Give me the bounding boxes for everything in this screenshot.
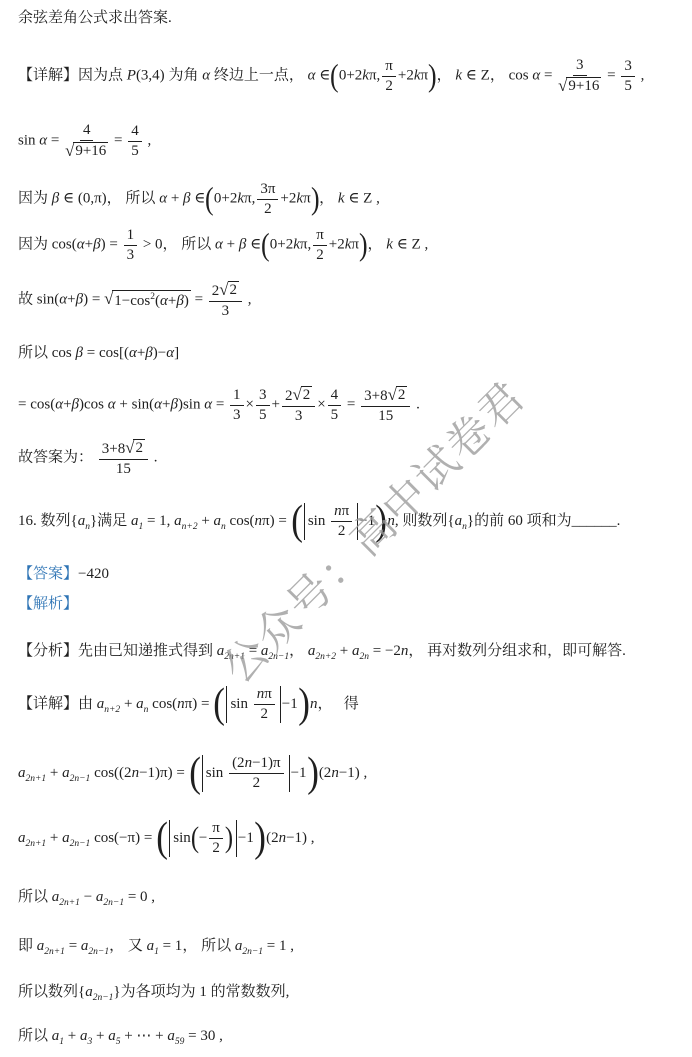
q16-detail-start-line: 【详解】由 an+2 + an cos(nπ) = (sin nπ2−1)n， …	[18, 684, 359, 725]
math-roman: 2	[230, 282, 238, 298]
math-italic: a	[174, 513, 182, 529]
math-italic: a	[136, 696, 144, 712]
fraction-numerator: 3	[256, 387, 270, 406]
fraction: 45	[128, 123, 142, 160]
math-roman: sin	[173, 828, 191, 848]
math-roman: 2	[264, 201, 272, 217]
math-italic: β	[176, 293, 183, 309]
fraction: π2	[313, 227, 327, 264]
math-roman: 2	[303, 387, 311, 403]
big-right-paren: )	[311, 184, 320, 214]
q16-constant-seq-line: 所以数列{a2n−1}为各项均为 1 的常数数列,	[18, 982, 289, 1002]
math-roman: ∈ Z	[345, 191, 373, 207]
cjk-text: ，	[437, 68, 456, 84]
math-roman: sin	[308, 511, 329, 531]
cjk-text: ，	[289, 643, 308, 659]
q15-beta-range-line: 因为 β ∈ (0,π)， 所以 α + β ∈(0+2kπ,3π2+2kπ)，…	[18, 181, 380, 218]
math-roman: 3	[576, 57, 584, 73]
math-roman: 5	[331, 407, 339, 423]
cjk-text: 因为	[18, 191, 52, 207]
math-italic: β	[76, 292, 83, 308]
math-roman: +2	[329, 237, 345, 253]
math-roman: )−	[153, 345, 166, 361]
fraction-denominator: 2	[260, 705, 268, 723]
math-roman: +	[67, 292, 75, 308]
math-italic: β	[183, 191, 190, 207]
abs-value-bars: sin (2n−1)π2	[202, 755, 290, 792]
math-italic: n	[387, 513, 395, 529]
fraction-denominator: 5	[624, 77, 632, 95]
math-roman: π	[212, 820, 220, 836]
cjk-text: , 则数列	[395, 513, 448, 529]
fraction-denominator: 2	[385, 77, 393, 95]
math-roman: ∈	[191, 191, 206, 207]
math-roman: +	[85, 237, 93, 253]
math-roman: 15	[116, 461, 131, 477]
fraction: 3√9+16	[558, 57, 601, 96]
q15-sin-alpha-line: sin α = 4√9+16 = 45 ,	[18, 122, 151, 161]
math-roman: + ⋯ +	[120, 1028, 167, 1044]
math-roman: π) =	[262, 513, 291, 529]
sqrt-radical: √2	[219, 281, 239, 299]
fraction-denominator: 5	[259, 406, 267, 424]
answer-label: 【解析】	[18, 596, 78, 612]
math-italic: α	[215, 237, 223, 253]
math-roman: (2	[266, 830, 279, 846]
math-roman: ,	[421, 237, 429, 253]
math-roman: ,	[144, 133, 152, 149]
math-roman: ) =	[101, 237, 122, 253]
fraction-numerator: 3+8√2	[99, 439, 148, 460]
subscript: n+2	[182, 522, 198, 532]
math-italic: α	[154, 397, 162, 413]
math-italic: β	[170, 397, 177, 413]
math-roman: 4	[83, 122, 91, 138]
math-roman: ∈ (0,π)	[59, 191, 106, 207]
math-italic: a	[455, 513, 463, 529]
radicand: 2	[301, 386, 313, 404]
math-roman: =	[603, 68, 619, 84]
math-italic: P	[127, 68, 136, 84]
math-italic: n	[245, 755, 253, 771]
math-roman: −1)π) =	[139, 765, 188, 781]
fraction-numerator: 2√2	[282, 386, 315, 407]
subscript: 2n−1	[93, 993, 114, 1003]
subscript: 2n−1	[103, 898, 124, 908]
math-roman: +2	[280, 191, 296, 207]
abs-value-bars: sin(−π2)	[169, 820, 237, 857]
math-roman: +	[198, 513, 214, 529]
subscript: 2n+2	[315, 652, 336, 662]
math-roman: ∈ Z	[462, 68, 490, 84]
cjk-text: 所以数列	[18, 984, 78, 1000]
cjk-text: 满足	[97, 513, 131, 529]
fraction-denominator: 2	[264, 200, 272, 218]
cjk-text: ， 得	[318, 696, 359, 712]
math-roman: +	[272, 397, 280, 413]
subscript: 2n+1	[59, 898, 80, 908]
math-roman: ,	[637, 68, 645, 84]
big-left-paren: (	[261, 230, 270, 260]
math-roman: (2	[232, 755, 245, 771]
fraction: π2	[209, 820, 223, 857]
q15-method-tail-line: 余弦差角公式求出答案.	[18, 8, 172, 28]
math-italic: α	[108, 397, 116, 413]
subscript: 2n+1	[26, 839, 47, 849]
q16-cos-neg-pi-line: a2n+1 + a2n−1 cos(−π) = (sin(−π2)−1)(2n−…	[18, 818, 315, 859]
math-roman: −1) ,	[339, 765, 367, 781]
cjk-text: 【详解】由	[18, 696, 97, 712]
abs-value-bars: sin nπ2	[226, 686, 280, 723]
q15-final-answer-line: 故答案为： 3+8√215 .	[18, 439, 157, 478]
math-italic: β	[145, 345, 152, 361]
cjk-text: ， 所以	[163, 237, 216, 253]
math-roman: π	[342, 503, 350, 519]
math-roman: cos	[52, 345, 76, 361]
math-italic: a	[62, 830, 70, 846]
math-italic: α	[204, 397, 212, 413]
math-roman: −420	[78, 566, 109, 582]
math-roman: 2	[260, 706, 268, 722]
math-italic: α	[55, 397, 63, 413]
math-roman: cos(	[226, 513, 255, 529]
math-roman: ∈	[315, 68, 330, 84]
math-roman: 1	[127, 227, 135, 243]
fraction: π2	[382, 58, 396, 95]
math-italic: α	[39, 133, 47, 149]
q16-problem-line: 16. 数列{an}满足 a1 = 1, an+2 + an cos(nπ) =…	[18, 501, 620, 542]
fraction-numerator: nπ	[331, 503, 352, 522]
math-roman: +	[167, 191, 183, 207]
math-roman: −	[199, 828, 207, 848]
cjk-text: 的前 60 项和为______.	[474, 513, 620, 529]
cjk-text: 16. 数列	[18, 513, 71, 529]
fraction: 35	[621, 58, 635, 95]
cjk-text: 【分析】先由已知递推式得到	[18, 643, 217, 659]
math-roman: =	[47, 133, 63, 149]
fraction: nπ2	[254, 686, 275, 723]
math-italic: k	[338, 191, 345, 207]
math-roman: .	[412, 397, 420, 413]
math-roman: sin	[18, 133, 39, 149]
math-roman: π	[385, 58, 393, 74]
math-roman: 2	[253, 775, 261, 791]
subscript: 2n−1	[88, 947, 109, 957]
math-roman: 3+8	[102, 441, 125, 457]
fraction: 13	[230, 387, 244, 424]
math-roman: ,	[372, 191, 380, 207]
cjk-text: 即	[18, 938, 37, 954]
math-italic: k	[362, 68, 369, 84]
math-roman: 3	[624, 58, 632, 74]
subscript: 2n−1	[242, 947, 263, 957]
subscript: 2n−1	[70, 774, 91, 784]
fraction-numerator: 3+8√2	[361, 386, 410, 407]
math-roman: }	[113, 984, 120, 1000]
big-left-paren: (	[189, 753, 201, 794]
q15-cos-sum-sign-line: 因为 cos(α+β) = 13 > 0， 所以 α + β ∈(0+2kπ,π…	[18, 227, 428, 264]
math-roman: = −2	[369, 643, 401, 659]
math-roman: 2	[212, 283, 220, 299]
math-roman: =	[245, 643, 261, 659]
math-roman: sin	[206, 763, 227, 783]
radicand: 2	[133, 439, 145, 457]
math-italic: β	[93, 237, 100, 253]
math-roman: + sin(	[116, 397, 154, 413]
math-roman: 0+2	[270, 237, 293, 253]
math-roman: +	[64, 1028, 80, 1044]
math-roman: = 30 ,	[184, 1028, 222, 1044]
math-roman: = 1 ,	[263, 938, 294, 954]
fraction-numerator: π	[382, 58, 396, 77]
sqrt-radical: √1−cos2(α+β)	[104, 290, 191, 311]
answer-label: 【答案】	[18, 566, 78, 582]
math-roman: 3	[222, 303, 230, 319]
math-italic: a	[85, 984, 93, 1000]
math-italic: n	[279, 830, 287, 846]
math-italic: α	[129, 345, 137, 361]
math-roman: 3	[295, 408, 303, 424]
fraction-numerator: 4	[80, 122, 94, 141]
math-roman: =	[191, 292, 207, 308]
math-roman: ,	[244, 292, 252, 308]
big-right-paren: )	[428, 61, 437, 91]
math-roman: ×	[317, 397, 325, 413]
math-italic: n	[331, 765, 339, 781]
radicand: 9+16	[73, 142, 108, 160]
big-right-paren: )	[375, 501, 387, 542]
radicand: 1−cos2(α+β)	[112, 290, 191, 311]
subscript: 59	[175, 1037, 185, 1047]
math-roman: π	[303, 191, 311, 207]
math-roman: {	[447, 513, 454, 529]
math-roman: +	[63, 397, 71, 413]
math-roman: +	[46, 765, 62, 781]
math-roman: 2	[338, 523, 346, 539]
fraction-denominator: 3	[295, 407, 303, 425]
math-roman: cos(−π) =	[90, 830, 156, 846]
math-roman: =	[110, 133, 126, 149]
sqrt-radical: √2	[125, 439, 145, 457]
fraction-denominator: 3	[222, 302, 230, 320]
subscript: n+2	[104, 705, 120, 715]
math-roman: cos	[509, 68, 533, 84]
fraction-numerator: 2√2	[209, 281, 242, 302]
radicand: 9+16	[566, 77, 601, 95]
math-roman: 15	[378, 408, 393, 424]
fraction: 3+8√215	[361, 386, 410, 425]
math-roman: (2	[319, 765, 332, 781]
math-roman: −1	[282, 696, 298, 712]
fraction-denominator: 2	[316, 246, 324, 264]
fraction: (2n−1)π2	[229, 755, 284, 792]
big-left-paren: (	[205, 184, 214, 214]
fraction-numerator: (2n−1)π	[229, 755, 284, 774]
math-roman: 2	[398, 387, 406, 403]
fraction: 3π2	[257, 181, 278, 218]
cjk-text: ， 再对数列分组求和，即可解答.	[408, 643, 626, 659]
math-roman: 2	[316, 247, 324, 263]
cjk-text: 终边上一点，	[210, 68, 308, 84]
math-roman: = cos[(	[83, 345, 129, 361]
math-italic: α	[202, 68, 210, 84]
fraction: 45	[328, 387, 342, 424]
subscript: 2n+1	[26, 774, 47, 784]
sqrt-radical: √9+16	[65, 142, 108, 160]
math-roman: +	[46, 830, 62, 846]
fraction: nπ2	[331, 503, 352, 540]
fraction-numerator: 3	[621, 58, 635, 77]
cjk-text: 所以	[18, 345, 52, 361]
cjk-text: 【详解】因为点	[18, 68, 127, 84]
abs-value-bars: sin nπ2	[304, 503, 358, 540]
math-italic: k	[237, 191, 244, 207]
math-italic: a	[18, 765, 26, 781]
fraction-denominator: 5	[331, 406, 339, 424]
sqrt-radical: √9+16	[558, 77, 601, 95]
fraction-denominator: 3	[233, 406, 241, 424]
math-italic: n	[132, 765, 140, 781]
big-left-paren: (	[291, 501, 303, 542]
math-roman: =	[65, 938, 81, 954]
math-italic: β	[76, 345, 83, 361]
math-roman: 9+16	[568, 78, 599, 94]
math-roman: 3	[259, 387, 267, 403]
fraction-denominator: √9+16	[558, 76, 601, 96]
math-roman: π	[316, 227, 324, 243]
q16-odd-recurrence-line: a2n+1 + a2n−1 cos((2n−1)π) = (sin (2n−1)…	[18, 753, 367, 794]
big-right-paren: )	[359, 230, 368, 260]
big-left-paren: (	[213, 684, 225, 725]
cjk-text: 所以	[18, 1028, 52, 1044]
subscript: 2n−1	[268, 652, 289, 662]
math-roman: 2	[385, 78, 393, 94]
math-italic: α	[166, 345, 174, 361]
math-roman: 0+2	[214, 191, 237, 207]
math-italic: α	[160, 293, 168, 309]
q15-detail-line: 【详解】因为点 P(3,4) 为角 α 终边上一点， α ∈(0+2kπ,π2+…	[18, 57, 644, 96]
math-roman: = 1,	[143, 513, 174, 529]
math-roman: =	[212, 397, 228, 413]
radicand: 2	[396, 386, 408, 404]
math-roman: 3	[127, 247, 135, 263]
math-italic: a	[147, 938, 155, 954]
math-roman: = 1	[159, 938, 182, 954]
big-left-paren: (	[156, 818, 168, 859]
fraction-numerator: nπ	[254, 686, 275, 705]
math-roman: 3π	[260, 181, 275, 197]
big-left-paren: (	[330, 61, 339, 91]
math-roman: −1	[238, 830, 254, 846]
math-italic: α	[159, 191, 167, 207]
math-roman: }	[467, 513, 474, 529]
subscript: 2n−1	[70, 839, 91, 849]
math-roman: 3+8	[364, 388, 387, 404]
cjk-text: ，	[490, 68, 509, 84]
math-roman: cos(	[148, 696, 177, 712]
math-roman: = 0 ,	[124, 889, 155, 905]
math-italic: a	[18, 830, 26, 846]
cjk-text: 为角	[165, 68, 203, 84]
fraction: 13	[124, 227, 138, 264]
q16-constant-line: 即 a2n+1 = a2n−1， 又 a1 = 1， 所以 a2n−1 = 1 …	[18, 936, 294, 956]
big-left-paren: (	[191, 824, 199, 853]
fraction-denominator: 5	[131, 142, 139, 160]
math-roman: > 0	[139, 237, 162, 253]
math-roman: −1)π	[252, 755, 281, 771]
math-italic: α	[59, 292, 67, 308]
math-roman: 2	[212, 840, 220, 856]
big-right-paren: )	[225, 824, 233, 853]
math-italic: n	[177, 696, 185, 712]
cjk-text: ， 又	[109, 938, 147, 954]
math-roman: sin	[230, 694, 251, 714]
math-roman: +	[223, 237, 239, 253]
math-roman: π,	[300, 237, 311, 253]
math-roman: 2	[285, 388, 293, 404]
math-roman: π	[264, 686, 272, 702]
math-roman: =	[540, 68, 556, 84]
sqrt-radical: √2	[388, 386, 408, 404]
math-roman: =	[343, 397, 359, 413]
cjk-text: 因为	[18, 237, 52, 253]
math-italic: k	[386, 237, 393, 253]
math-roman: cos((2	[90, 765, 131, 781]
q16-jiexi-label-line: 【解析】	[18, 594, 78, 614]
math-roman: +2	[398, 68, 414, 84]
math-roman: +	[120, 696, 136, 712]
math-roman: )sin	[178, 397, 204, 413]
subscript: 2n	[359, 652, 369, 662]
math-roman: )cos	[79, 397, 108, 413]
big-right-paren: )	[298, 684, 310, 725]
radicand: 2	[228, 281, 240, 299]
math-italic: k	[293, 237, 300, 253]
q16-diff-zero-line: 所以 a2n+1 − a2n−1 = 0 ,	[18, 887, 155, 907]
fraction: 2√23	[282, 386, 315, 425]
fraction-numerator: π	[313, 227, 327, 246]
math-roman: π) =	[185, 696, 214, 712]
cjk-text: ， 所以	[182, 938, 235, 954]
fraction-numerator: 3	[573, 57, 587, 76]
fraction: 35	[256, 387, 270, 424]
math-roman: = cos(	[18, 397, 55, 413]
math-roman: ∈	[246, 237, 261, 253]
subscript: 2n+1	[44, 947, 65, 957]
document-body: 余弦差角公式求出答案.【详解】因为点 P(3,4) 为角 α 终边上一点， α …	[0, 0, 692, 1057]
fraction-denominator: 2	[212, 839, 220, 857]
math-roman: (3,4)	[136, 68, 165, 84]
document-page: 余弦差角公式求出答案.【详解】因为点 P(3,4) 为角 α 终边上一点， α …	[0, 0, 692, 1057]
fraction-numerator: 3π	[257, 181, 278, 200]
fraction-denominator: 2	[253, 774, 261, 792]
fraction-numerator: 4	[128, 123, 142, 142]
math-italic: n	[310, 696, 318, 712]
fraction: 4√9+16	[65, 122, 108, 161]
q15-sin-sum-value-line: 故 sin(α+β) = √1−cos2(α+β) = 2√23 ,	[18, 281, 252, 320]
math-roman: ×	[246, 397, 254, 413]
math-roman: 4	[131, 123, 139, 139]
fraction-numerator: 4	[328, 387, 342, 406]
fraction: 2√23	[209, 281, 242, 320]
math-roman: sin(	[37, 292, 60, 308]
math-roman: −1	[291, 765, 307, 781]
math-roman: 5	[624, 78, 632, 94]
q15-cos-beta-compute-line: = cos(α+β)cos α + sin(α+β)sin α = 13×35+…	[18, 386, 420, 425]
math-italic: a	[167, 1028, 175, 1044]
math-roman: .	[150, 450, 158, 466]
fraction-numerator: π	[209, 820, 223, 839]
